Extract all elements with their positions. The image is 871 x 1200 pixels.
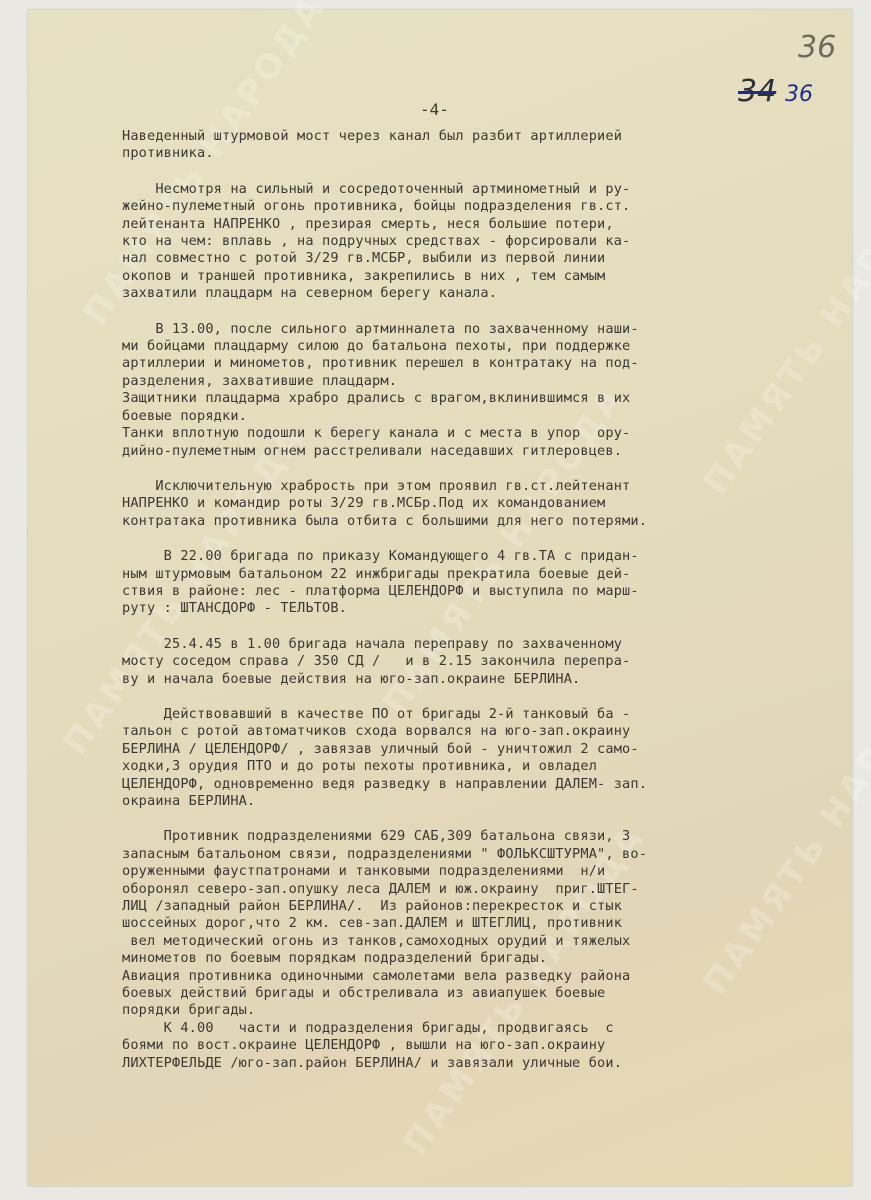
archive-number-crossed: 34 (738, 74, 776, 109)
paragraph-8: Противник подразделениями 629 САБ,309 ба… (122, 828, 822, 1019)
paragraph-9: К 4.00 части и подразделения бригады, пр… (122, 1020, 822, 1072)
text-line: руту : ШТАНСДОРФ - ТЕЛЬТОВ. (122, 600, 822, 617)
text-line: К 4.00 части и подразделения бригады, пр… (122, 1020, 822, 1037)
text-line: Действовавший в качестве ПО от бригады 2… (122, 706, 822, 723)
text-line: порядки бригады. (122, 1002, 822, 1019)
text-line: мосту соседом справа / 350 СД / и в 2.15… (122, 653, 822, 670)
text-line: кто на чем: вплавь , на подручных средст… (122, 233, 822, 250)
text-line: жейно-пулеметный огонь противника, бойцы… (122, 198, 822, 215)
text-line: Наведенный штурмовой мост через канал бы… (122, 128, 822, 145)
text-line: противника. (122, 145, 822, 162)
text-line: оборонял северо-зап.опушку леса ДАЛЕМ и … (122, 881, 822, 898)
paragraph-2: Несмотря на сильный и сосредоточенный ар… (122, 181, 822, 303)
paragraph-5: В 22.00 бригада по приказу Командующего … (122, 548, 822, 618)
text-line: Исключительную храбрость при этом прояви… (122, 478, 822, 495)
text-line: ходки,3 орудия ПТО и до роты пехоты прот… (122, 758, 822, 775)
paragraph-4: Исключительную храбрость при этом прояви… (122, 478, 822, 530)
archive-number-pencil: 36 (798, 30, 836, 65)
text-line: окопов и траншей противника, закрепились… (122, 268, 822, 285)
text-line: боями по вост.окраине ЦЕЛЕНДОРФ , вышли … (122, 1037, 822, 1054)
text-line: контратака противника была отбита с боль… (122, 513, 822, 530)
text-line: НАПРЕНКО и командир роты 3/29 гв.МСБр.По… (122, 495, 822, 512)
text-line: запасным батальоном связи, подразделения… (122, 846, 822, 863)
page-number: -4- (420, 100, 449, 119)
text-line: 25.4.45 в 1.00 бригада начала переправу … (122, 636, 822, 653)
text-line: ствия в районе: лес - платформа ЦЕЛЕНДОР… (122, 583, 822, 600)
text-line: боевых действий бригады и обстреливала и… (122, 985, 822, 1002)
text-line: Авиация противника одиночными самолетами… (122, 968, 822, 985)
text-line: нал совместно с ротой 3/29 гв.МСБР, выби… (122, 250, 822, 267)
text-line: Защитники плацдарма храбро дрались с вра… (122, 390, 822, 407)
text-line: тальон с ротой автоматчиков схода ворвал… (122, 723, 822, 740)
text-line: ЛИХТЕРФЕЛЬДЕ /юго-зап.район БЕРЛИНА/ и з… (122, 1055, 822, 1072)
text-line: В 13.00, после сильного артминналета по … (122, 321, 822, 338)
text-line: Танки вплотную подошли к берегу канала и… (122, 425, 822, 442)
text-line: вел методический огонь из танков,самоход… (122, 933, 822, 950)
text-line: шоссейных дорог,что 2 км. сев-зап.ДАЛЕМ … (122, 915, 822, 932)
paragraph-1: Наведенный штурмовой мост через канал бы… (122, 128, 822, 163)
text-line: ным штурмовым батальоном 22 инжбригады п… (122, 566, 822, 583)
archive-number-blue: 36 (785, 82, 813, 107)
text-line: артиллерии и минометов, противник переше… (122, 355, 822, 372)
text-line: захватили плацдарм на северном берегу ка… (122, 285, 822, 302)
text-line: разделения, захватившие плацдарм. (122, 373, 822, 390)
text-line: минометов по боевым порядкам подразделен… (122, 950, 822, 967)
document-body: Наведенный штурмовой мост через канал бы… (122, 128, 822, 1072)
paragraph-3: В 13.00, после сильного артминналета по … (122, 321, 822, 460)
text-line: боевые порядки. (122, 408, 822, 425)
paragraph-7: Действовавший в качестве ПО от бригады 2… (122, 706, 822, 810)
text-line: лейтенанта НАПРЕНКО , презирая смерть, н… (122, 216, 822, 233)
text-line: ЦЕЛЕНДОРФ, одновременно ведя разведку в … (122, 776, 822, 793)
text-line: Несмотря на сильный и сосредоточенный ар… (122, 181, 822, 198)
text-line: окраина БЕРЛИНА. (122, 793, 822, 810)
text-line: ву и начала боевые действия на юго-зап.о… (122, 671, 822, 688)
text-line: дийно-пулеметным огнем расстреливали нас… (122, 443, 822, 460)
text-line: оруженными фаустпатронами и танковыми по… (122, 863, 822, 880)
text-line: ми бойцами плацдарму силою до батальона … (122, 338, 822, 355)
text-line: ЛИЦ /западный район БЕРЛИНА/. Из районов… (122, 898, 822, 915)
text-line: Противник подразделениями 629 САБ,309 ба… (122, 828, 822, 845)
text-line: БЕРЛИНА / ЦЕЛЕНДОРФ/ , завязав уличный б… (122, 741, 822, 758)
paragraph-6: 25.4.45 в 1.00 бригада начала переправу … (122, 636, 822, 688)
text-line: В 22.00 бригада по приказу Командующего … (122, 548, 822, 565)
